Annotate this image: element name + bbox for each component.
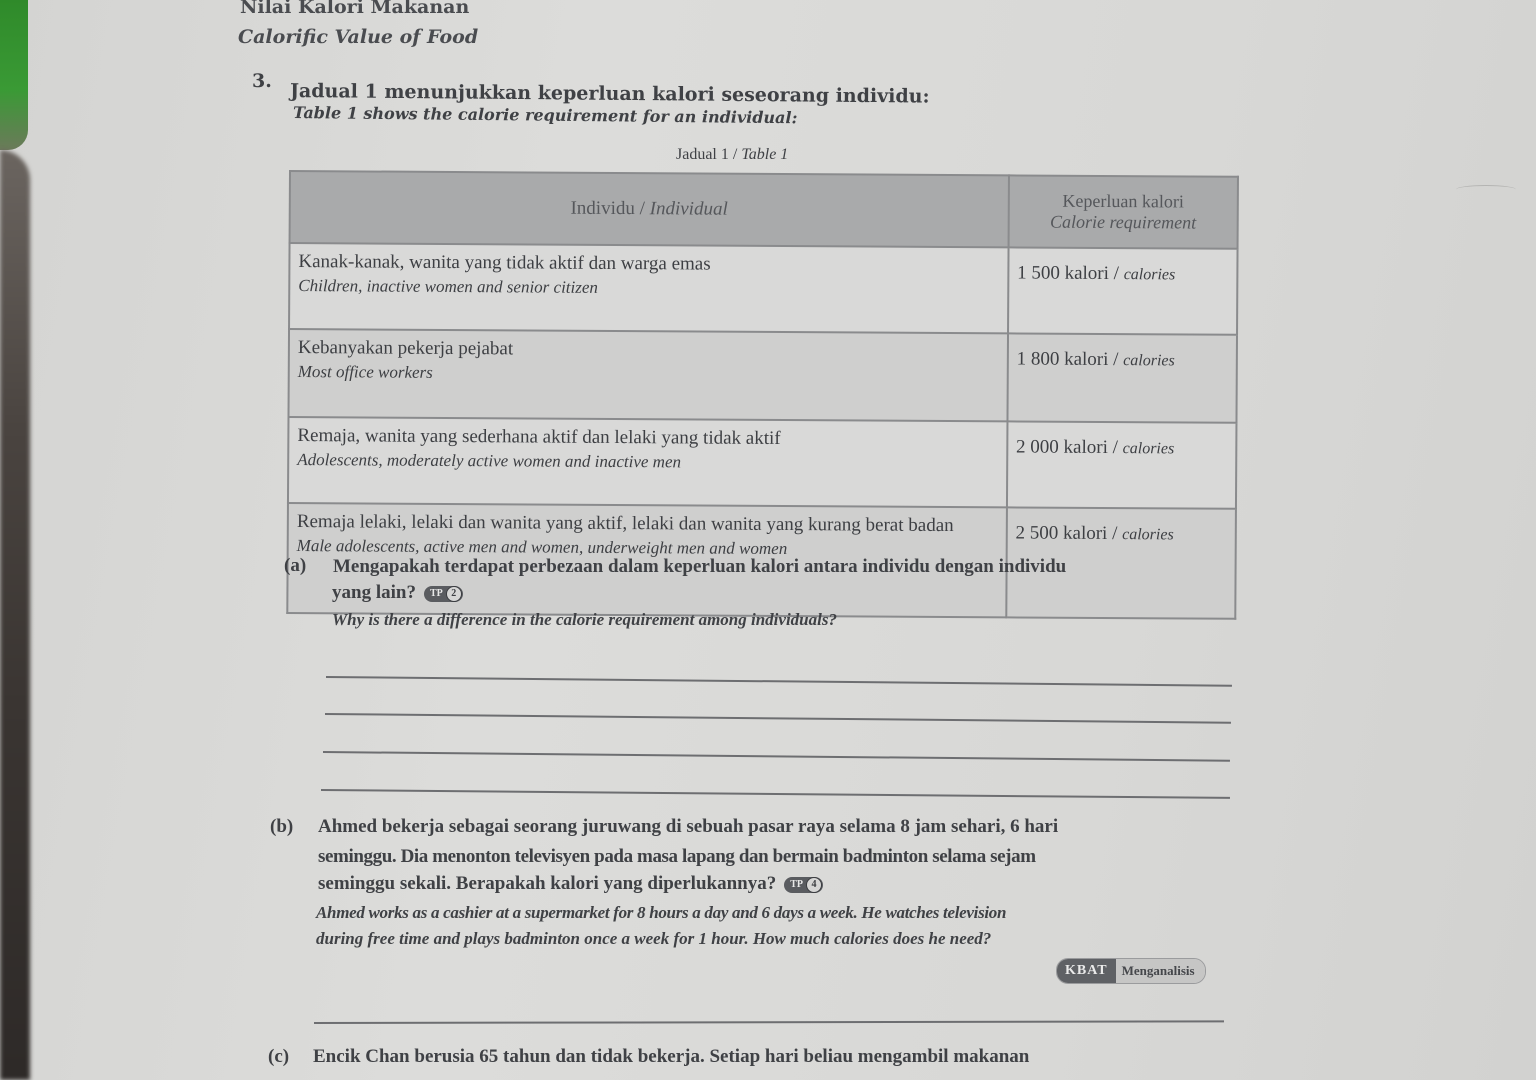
table-caption: Jadual 1 / Table 1 (676, 146, 788, 164)
calories-en: calories (1122, 526, 1174, 543)
part-c-label: (c) (268, 1046, 289, 1068)
calorie-requirement-table: Individu / Individual Keperluan kaloriCa… (286, 170, 1239, 620)
individual-en: Adolescents, moderately active women and… (297, 448, 998, 476)
part-a-label: (a) (284, 555, 306, 577)
part-b-question-en-line2: during free time and plays badminton onc… (316, 929, 991, 949)
kbat-badge: KBAT Menganalisis (1056, 958, 1206, 984)
cell-individual: Kebanyakan pekerja pejabatMost office wo… (288, 329, 1007, 421)
part-b-label: (b) (270, 816, 293, 838)
header-individual-ms: Individu / (570, 198, 649, 219)
table-row: Kebanyakan pekerja pejabatMost office wo… (288, 329, 1237, 423)
kbat-skill: Menganalisis (1116, 959, 1205, 983)
section-title-ms: Nilai Kalori Makanan (240, 0, 469, 18)
answer-line[interactable] (323, 751, 1230, 762)
cell-calories: 2 000 kalori / calories (1007, 421, 1237, 508)
header-requirement-ms: Keperluan kalori (1010, 190, 1237, 212)
answer-line[interactable] (326, 676, 1232, 687)
answer-line[interactable] (321, 789, 1230, 799)
calories-ms: 1 500 kalori / (1017, 262, 1124, 284)
tp-label: TP (430, 588, 443, 599)
table-row: Remaja, wanita yang sederhana aktif dan … (288, 417, 1237, 509)
individual-en: Children, inactive women and senior citi… (298, 274, 999, 302)
cell-individual: Remaja, wanita yang sederhana aktif dan … (288, 417, 1007, 507)
individual-en: Most office workers (298, 360, 999, 388)
header-requirement-en: Calorie requirement (1009, 211, 1236, 233)
cell-calories: 1 500 kalori / calories (1008, 247, 1238, 334)
header-individual: Individu / Individual (290, 171, 1009, 247)
answer-line[interactable] (314, 1020, 1224, 1024)
calories-en: calories (1124, 266, 1176, 283)
calories-en: calories (1123, 440, 1175, 457)
table-caption-ms: Jadual 1 / (676, 146, 741, 163)
part-b-question-en-line1: Ahmed works as a cashier at a supermarke… (316, 903, 1006, 923)
tp-level-badge: TP4 (784, 877, 823, 893)
part-b-question-ms-line1: Ahmed bekerja sebagai seorang juruwang d… (318, 816, 1058, 838)
part-b-question-ms-text: seminggu sekali. Berapakah kalori yang d… (318, 873, 776, 894)
section-title-en: Calorific Value of Food (238, 26, 478, 48)
question-intro-en: Table 1 shows the calorie requirement fo… (293, 103, 798, 127)
question-number: 3. (252, 70, 272, 92)
cell-individual: Kanak-kanak, wanita yang tidak aktif dan… (289, 243, 1008, 333)
part-c-question-ms-line1: Encik Chan berusia 65 tahun dan tidak be… (313, 1046, 1029, 1068)
calories-ms: 2 000 kalori / (1016, 436, 1123, 458)
tp-level-number: 2 (446, 586, 462, 602)
calories-en: calories (1123, 352, 1175, 369)
tp-level-number: 4 (806, 877, 822, 893)
table-row: Kanak-kanak, wanita yang tidak aktif dan… (289, 243, 1238, 335)
worksheet-page: Nilai Kalori Makanan Calorific Value of … (0, 0, 1536, 1080)
part-b-question-ms-line3: seminggu sekali. Berapakah kalori yang d… (318, 873, 823, 895)
part-a-question-ms-line1: Mengapakah terdapat perbezaan dalam kepe… (333, 556, 1066, 578)
part-a-question-en: Why is there a difference in the calorie… (332, 610, 837, 630)
part-a-question-ms-text: yang lain? (332, 582, 416, 603)
calories-ms: 2 500 kalori / (1015, 522, 1122, 544)
kbat-label: KBAT (1057, 959, 1116, 983)
part-a-question-ms-line2: yang lain?TP2 (332, 582, 463, 604)
calories-ms: 1 800 kalori / (1017, 348, 1124, 370)
table-caption-en: Table 1 (741, 146, 788, 163)
page-fold-mark (1456, 185, 1516, 194)
tp-label: TP (790, 879, 803, 890)
tp-level-badge: TP2 (424, 586, 463, 602)
header-calorie-requirement: Keperluan kaloriCalorie requirement (1008, 175, 1238, 248)
header-individual-en: Individual (650, 198, 728, 219)
table-header-row: Individu / Individual Keperluan kaloriCa… (290, 171, 1238, 249)
answer-line[interactable] (325, 713, 1231, 724)
part-b-question-ms-line2: seminggu. Dia menonton televisyen pada m… (318, 846, 1036, 868)
cell-calories: 1 800 kalori / calories (1007, 333, 1237, 422)
